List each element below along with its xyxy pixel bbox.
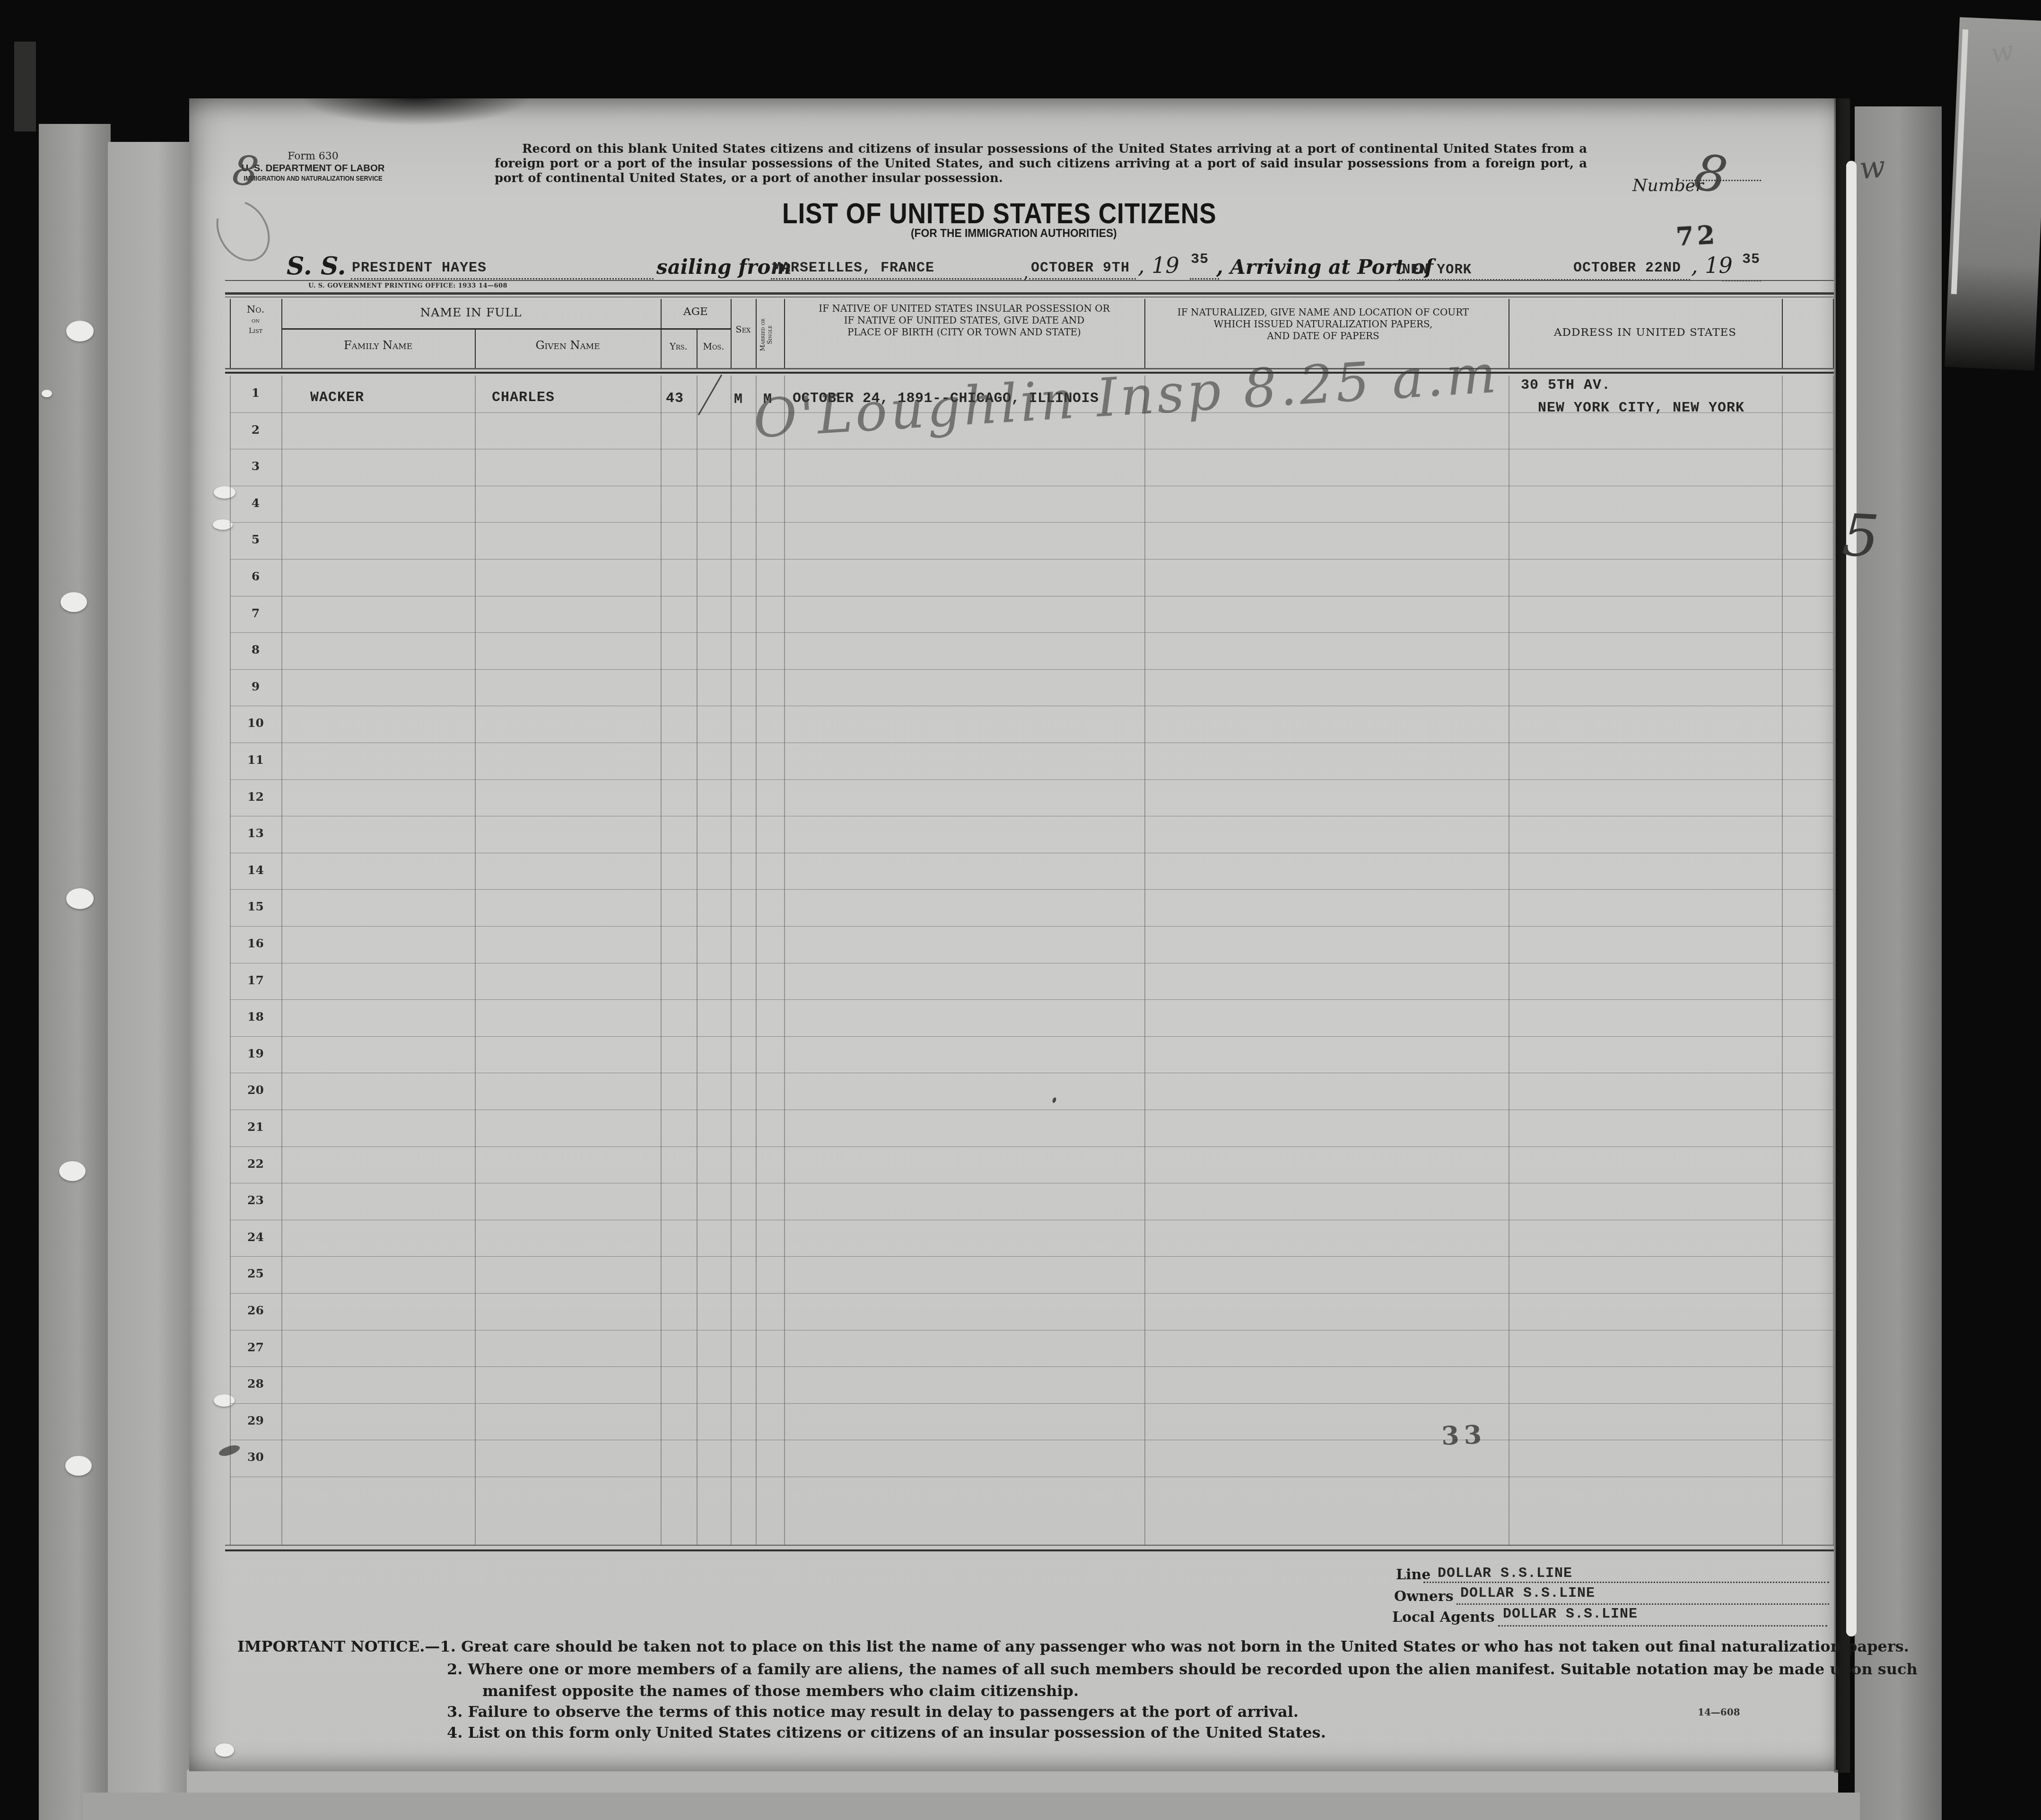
handwritten-w-mark: w xyxy=(1858,149,1887,186)
entry-given-name: CHARLES xyxy=(492,390,555,406)
header-midrule xyxy=(281,328,661,330)
punch-hole xyxy=(66,321,94,341)
table-column-line xyxy=(784,376,785,1545)
punch-hole xyxy=(214,1394,235,1407)
table-row-line xyxy=(230,522,1833,523)
table-column-line xyxy=(1833,299,1834,368)
table-row-number: 12 xyxy=(230,790,281,804)
table-row-line xyxy=(230,853,1833,853)
table-top-rule xyxy=(225,297,1834,297)
punch-hole xyxy=(215,1743,234,1757)
form-code: 14—608 xyxy=(1698,1706,1740,1718)
stamp-33: 33 xyxy=(1441,1419,1487,1451)
table-column-line xyxy=(697,376,698,1545)
header-no: No. xyxy=(230,304,281,315)
table-column-line xyxy=(661,299,662,368)
header-family-name: Family Name xyxy=(281,339,475,352)
punch-hole xyxy=(42,390,52,397)
header-name-in-full: NAME IN FULL xyxy=(281,306,661,319)
owners-dotted xyxy=(1457,1603,1829,1605)
header-yrs: Yrs. xyxy=(661,341,697,352)
table-row-line xyxy=(230,1256,1833,1257)
header-list: List xyxy=(230,326,281,335)
table-row-line xyxy=(230,706,1833,706)
dotted-line xyxy=(771,278,1021,280)
header-mos: Mos. xyxy=(697,341,731,352)
table-row-line xyxy=(230,449,1833,449)
form-instructions-paragraph: Record on this blank United States citiz… xyxy=(495,142,1587,186)
notice-line-3: manifest opposite the names of those mem… xyxy=(482,1682,1079,1700)
dotted-line xyxy=(351,278,654,280)
printed-year-prefix: , 19 xyxy=(1138,253,1179,278)
table-column-line xyxy=(1833,376,1834,1545)
header-married-or-single: Married or Single xyxy=(759,302,780,368)
table-column-line xyxy=(731,376,732,1545)
page-title: LIST OF UNITED STATES CITIZENS xyxy=(782,197,1216,230)
table-column-line xyxy=(784,299,785,368)
printing-office-note: U. S. GOVERNMENT PRINTING OFFICE: 1933 1… xyxy=(308,282,507,289)
table-row-number: 6 xyxy=(230,569,281,583)
table-row-number: 19 xyxy=(230,1047,281,1060)
ship-name: PRESIDENT HAYES xyxy=(352,260,487,276)
page-stack-edge-right xyxy=(1855,106,1942,1820)
table-column-line xyxy=(1782,376,1783,1545)
table-row-line xyxy=(230,1330,1833,1330)
table-row-number: 24 xyxy=(230,1230,281,1244)
header-midrule xyxy=(661,328,731,330)
table-column-line xyxy=(1144,376,1145,1545)
header-birth-line3: PLACE OF BIRTH (CITY OR TOWN AND STATE) xyxy=(788,326,1141,338)
table-column-line xyxy=(1782,299,1783,368)
arrival-port: NEW YORK xyxy=(1402,262,1472,278)
notice-line-5: 4. List on this form only United States … xyxy=(447,1724,1326,1741)
scan-shadow xyxy=(303,96,530,125)
table-column-line xyxy=(1509,299,1509,368)
table-row-line xyxy=(230,1293,1833,1294)
entry-age-yrs: 43 xyxy=(666,391,684,407)
header-on: on xyxy=(230,317,281,324)
table-row-number: 25 xyxy=(230,1267,281,1280)
table-row-line xyxy=(230,816,1833,816)
table-row-line xyxy=(230,486,1833,486)
page-stamp: 72 xyxy=(1675,219,1718,252)
departure-port: MARSEILLES, FRANCE xyxy=(773,260,934,276)
table-row-number: 26 xyxy=(230,1304,281,1317)
page-edge-highlight xyxy=(1846,161,1857,1636)
table-row-number: 20 xyxy=(230,1083,281,1097)
table-row-line xyxy=(230,559,1833,560)
table-row-line xyxy=(230,1403,1833,1404)
table-column-line xyxy=(230,376,231,1545)
page-subtitle: (FOR THE IMMIGRATION AUTHORITIES) xyxy=(911,227,1117,240)
table-row-number: 3 xyxy=(230,459,281,473)
table-row-line xyxy=(230,1073,1833,1073)
line-dotted xyxy=(1423,1582,1829,1583)
table-row-number: 4 xyxy=(230,496,281,510)
table-row-number: 18 xyxy=(230,1010,281,1024)
ss-label: S. S. xyxy=(287,252,346,280)
table-row-number: 17 xyxy=(230,973,281,987)
table-row-number: 11 xyxy=(230,753,281,767)
table-row-line xyxy=(230,1110,1833,1110)
handwritten-margin-number: 8 xyxy=(230,146,261,196)
owners-value: DOLLAR S.S.LINE xyxy=(1460,1585,1595,1601)
table-row-line xyxy=(230,1440,1833,1440)
table-column-line xyxy=(281,376,282,1545)
table-top-rule xyxy=(225,292,1834,295)
page-stack-edge xyxy=(108,142,190,1820)
table-column-line xyxy=(756,299,757,368)
table-row-number: 28 xyxy=(230,1377,281,1391)
scanned-manifest-photo: Form 630 U. S. DEPARTMENT OF LABOR IMMIG… xyxy=(0,0,2041,1820)
dotted-line xyxy=(1190,278,1219,280)
table-row-number: 30 xyxy=(230,1450,281,1464)
table-row-number: 10 xyxy=(230,716,281,730)
table-column-line xyxy=(1509,376,1509,1545)
header-single-line: Single xyxy=(767,302,774,368)
entry-address-line2: NEW YORK CITY, NEW YORK xyxy=(1538,400,1744,416)
table-column-line xyxy=(756,376,757,1545)
table-row-number: 7 xyxy=(230,606,281,620)
table-row-line xyxy=(230,963,1833,963)
table-row-number: 16 xyxy=(230,936,281,950)
table-row-line xyxy=(230,999,1833,1000)
table-bottom-rule xyxy=(225,1545,1834,1546)
table-row-line xyxy=(230,669,1833,670)
table-row-line xyxy=(230,1146,1833,1147)
owners-label: Owners xyxy=(1394,1588,1454,1605)
table-row-number: 22 xyxy=(230,1157,281,1171)
punch-hole xyxy=(66,888,94,909)
table-row-line xyxy=(230,1477,1833,1477)
table-row-number: 15 xyxy=(230,900,281,913)
table-column-line xyxy=(697,328,698,368)
departure-date: OCTOBER 9TH xyxy=(1031,260,1130,276)
table-row-number: 1 xyxy=(230,386,281,400)
header-given-name: Given Name xyxy=(475,339,661,352)
table-row-line xyxy=(230,632,1833,633)
table-row-number: 14 xyxy=(230,863,281,877)
handwritten-right-margin-number: 5 xyxy=(1840,501,1881,570)
table-row-number: 2 xyxy=(230,423,281,437)
notice-line-4: 3. Failure to observe the terms of this … xyxy=(447,1703,1299,1721)
table-column-line xyxy=(230,299,231,368)
header-age: AGE xyxy=(661,306,731,318)
header-naturalization-line3: AND DATE OF PAPERS xyxy=(1148,330,1498,342)
table-row-number: 21 xyxy=(230,1120,281,1134)
page-stack-edge-bottom xyxy=(83,1793,1860,1820)
table-row-line xyxy=(230,743,1833,743)
table-row-number: 27 xyxy=(230,1340,281,1354)
header-married-line: Married or xyxy=(759,302,767,368)
header-birth-line2: IF NATIVE OF UNITED STATES, GIVE DATE AN… xyxy=(788,315,1141,326)
table-row-line xyxy=(230,779,1833,780)
header-bottom-rule xyxy=(225,368,1834,369)
table-row-line xyxy=(230,1183,1833,1183)
local-agents-label: Local Agents xyxy=(1392,1609,1495,1626)
table-row-line xyxy=(230,1366,1833,1367)
punch-hole xyxy=(59,1161,86,1181)
entry-sex: M xyxy=(734,392,743,408)
service-name: IMMIGRATION AND NATURALIZATION SERVICE xyxy=(239,175,387,182)
table-column-line xyxy=(281,299,282,368)
printed-year-prefix: , 19 xyxy=(1691,253,1733,278)
table-row-number: 9 xyxy=(230,680,281,693)
table-row-line xyxy=(230,1220,1833,1220)
punch-hole xyxy=(65,1456,92,1476)
table-column-line xyxy=(661,376,662,1545)
punch-hole xyxy=(61,592,87,612)
header-naturalization-line2: WHICH ISSUED NATURALIZATION PAPERS, xyxy=(1148,318,1498,330)
header-naturalization-line1: IF NATURALIZED, GIVE NAME AND LOCATION O… xyxy=(1148,306,1498,318)
separator-comma: , xyxy=(1023,263,1029,282)
notice-line-1: IMPORTANT NOTICE.—1. Great care should b… xyxy=(237,1637,1909,1655)
table-row-number: 23 xyxy=(230,1193,281,1207)
local-agents-value: DOLLAR S.S.LINE xyxy=(1503,1606,1638,1622)
line-label: Line xyxy=(1396,1566,1430,1583)
table-bottom-rule xyxy=(225,1549,1834,1551)
entry-family-name: WACKER xyxy=(310,390,364,406)
table-column-line xyxy=(1144,299,1145,368)
notice-line-2: 2. Where one or more members of a family… xyxy=(447,1660,1918,1678)
header-address: ADDRESS IN UNITED STATES xyxy=(1509,326,1782,339)
arrival-year: 35 xyxy=(1742,252,1760,268)
table-row-number: 13 xyxy=(230,826,281,840)
page-stack-edge xyxy=(14,42,36,131)
arrival-date: OCTOBER 22ND xyxy=(1573,260,1681,276)
dotted-line xyxy=(1029,278,1136,280)
horizontal-rule xyxy=(225,280,1834,281)
table-column-line xyxy=(475,328,476,368)
table-row-line xyxy=(230,926,1833,927)
line-value: DOLLAR S.S.LINE xyxy=(1438,1566,1572,1582)
table-row-line xyxy=(230,1036,1833,1037)
header-birth-line1: IF NATIVE OF UNITED STATES INSULAR POSSE… xyxy=(788,303,1141,315)
table-row-line xyxy=(230,596,1833,596)
table-row-number: 29 xyxy=(230,1414,281,1427)
header-sex: Sex xyxy=(731,324,756,335)
table-row-number: 8 xyxy=(230,643,281,656)
entry-address-line1: 30 5TH AV. xyxy=(1521,377,1611,394)
sailing-from-label: sailing from xyxy=(656,255,792,279)
local-agents-dotted xyxy=(1498,1625,1827,1627)
arriving-at-port-label: , Arriving at Port of xyxy=(1216,255,1433,279)
table-row-line xyxy=(230,889,1833,890)
page-stack-edge xyxy=(39,124,111,1820)
table-row-number: 5 xyxy=(230,533,281,546)
table-column-line xyxy=(731,299,732,368)
departure-year: 35 xyxy=(1191,252,1209,268)
table-column-line xyxy=(475,376,476,1545)
